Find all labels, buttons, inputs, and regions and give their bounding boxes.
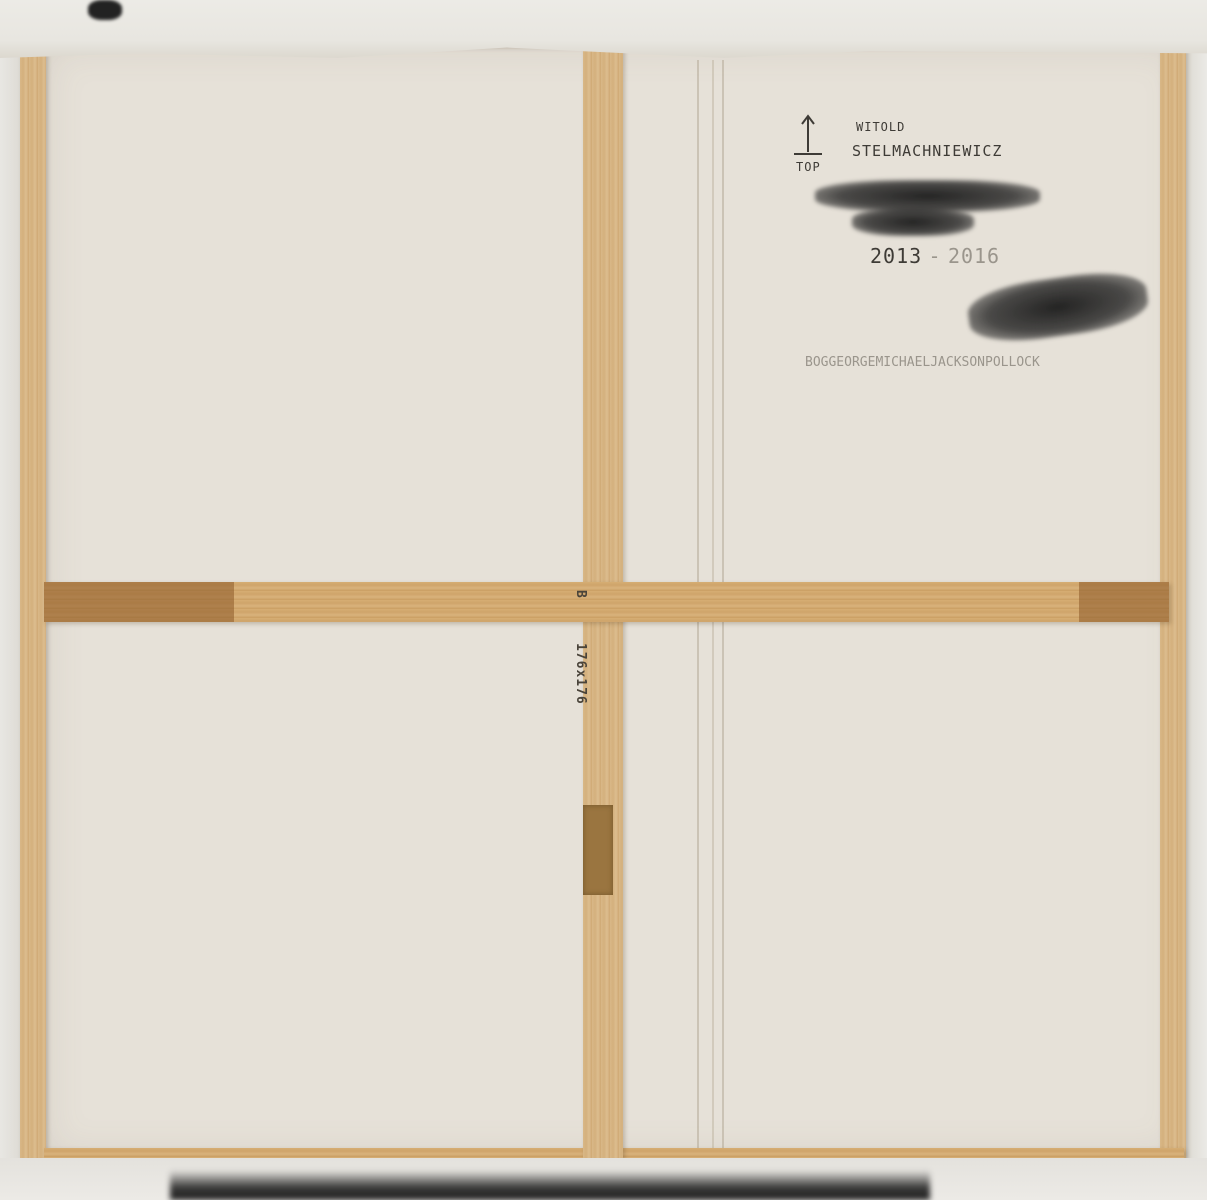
paint-splatter bbox=[88, 0, 122, 20]
artist-last-name: STELMACHNIEWICZ bbox=[852, 142, 1002, 160]
date-start: 2013 bbox=[870, 244, 922, 268]
canvas-fold-right bbox=[1184, 0, 1207, 1200]
artist-first-name: WITOLD bbox=[856, 120, 905, 134]
date-range: 2013 - 2016 bbox=[870, 244, 1000, 268]
date-end: 2016 bbox=[948, 244, 1000, 268]
arrow-up-icon bbox=[790, 112, 826, 162]
canvas-back-photo: TOP WITOLD STELMACHNIEWICZ 2013 - 2016 B… bbox=[0, 0, 1207, 1200]
stretcher-bar-left bbox=[20, 36, 46, 1158]
brown-tape-patch bbox=[583, 805, 613, 895]
date-separator: - bbox=[929, 244, 942, 268]
stretcher-size-stamp: B 176x176 bbox=[573, 590, 588, 705]
stretcher-crossbar bbox=[44, 582, 1169, 622]
pencil-inscription: BOGGEORGEMICHAELJACKSONPOLLOCK bbox=[805, 355, 1040, 370]
top-orientation-label: TOP bbox=[796, 160, 821, 174]
stretcher-size: 176x176 bbox=[573, 643, 588, 705]
charcoal-redaction bbox=[852, 208, 974, 236]
stretcher-mark: B bbox=[573, 590, 588, 599]
canvas-fold-top bbox=[0, 0, 1207, 58]
wood-stain bbox=[44, 582, 234, 622]
canvas-fold-left bbox=[0, 0, 22, 1200]
wood-stain bbox=[1079, 582, 1169, 622]
charcoal-smear-bottom bbox=[170, 1170, 930, 1200]
